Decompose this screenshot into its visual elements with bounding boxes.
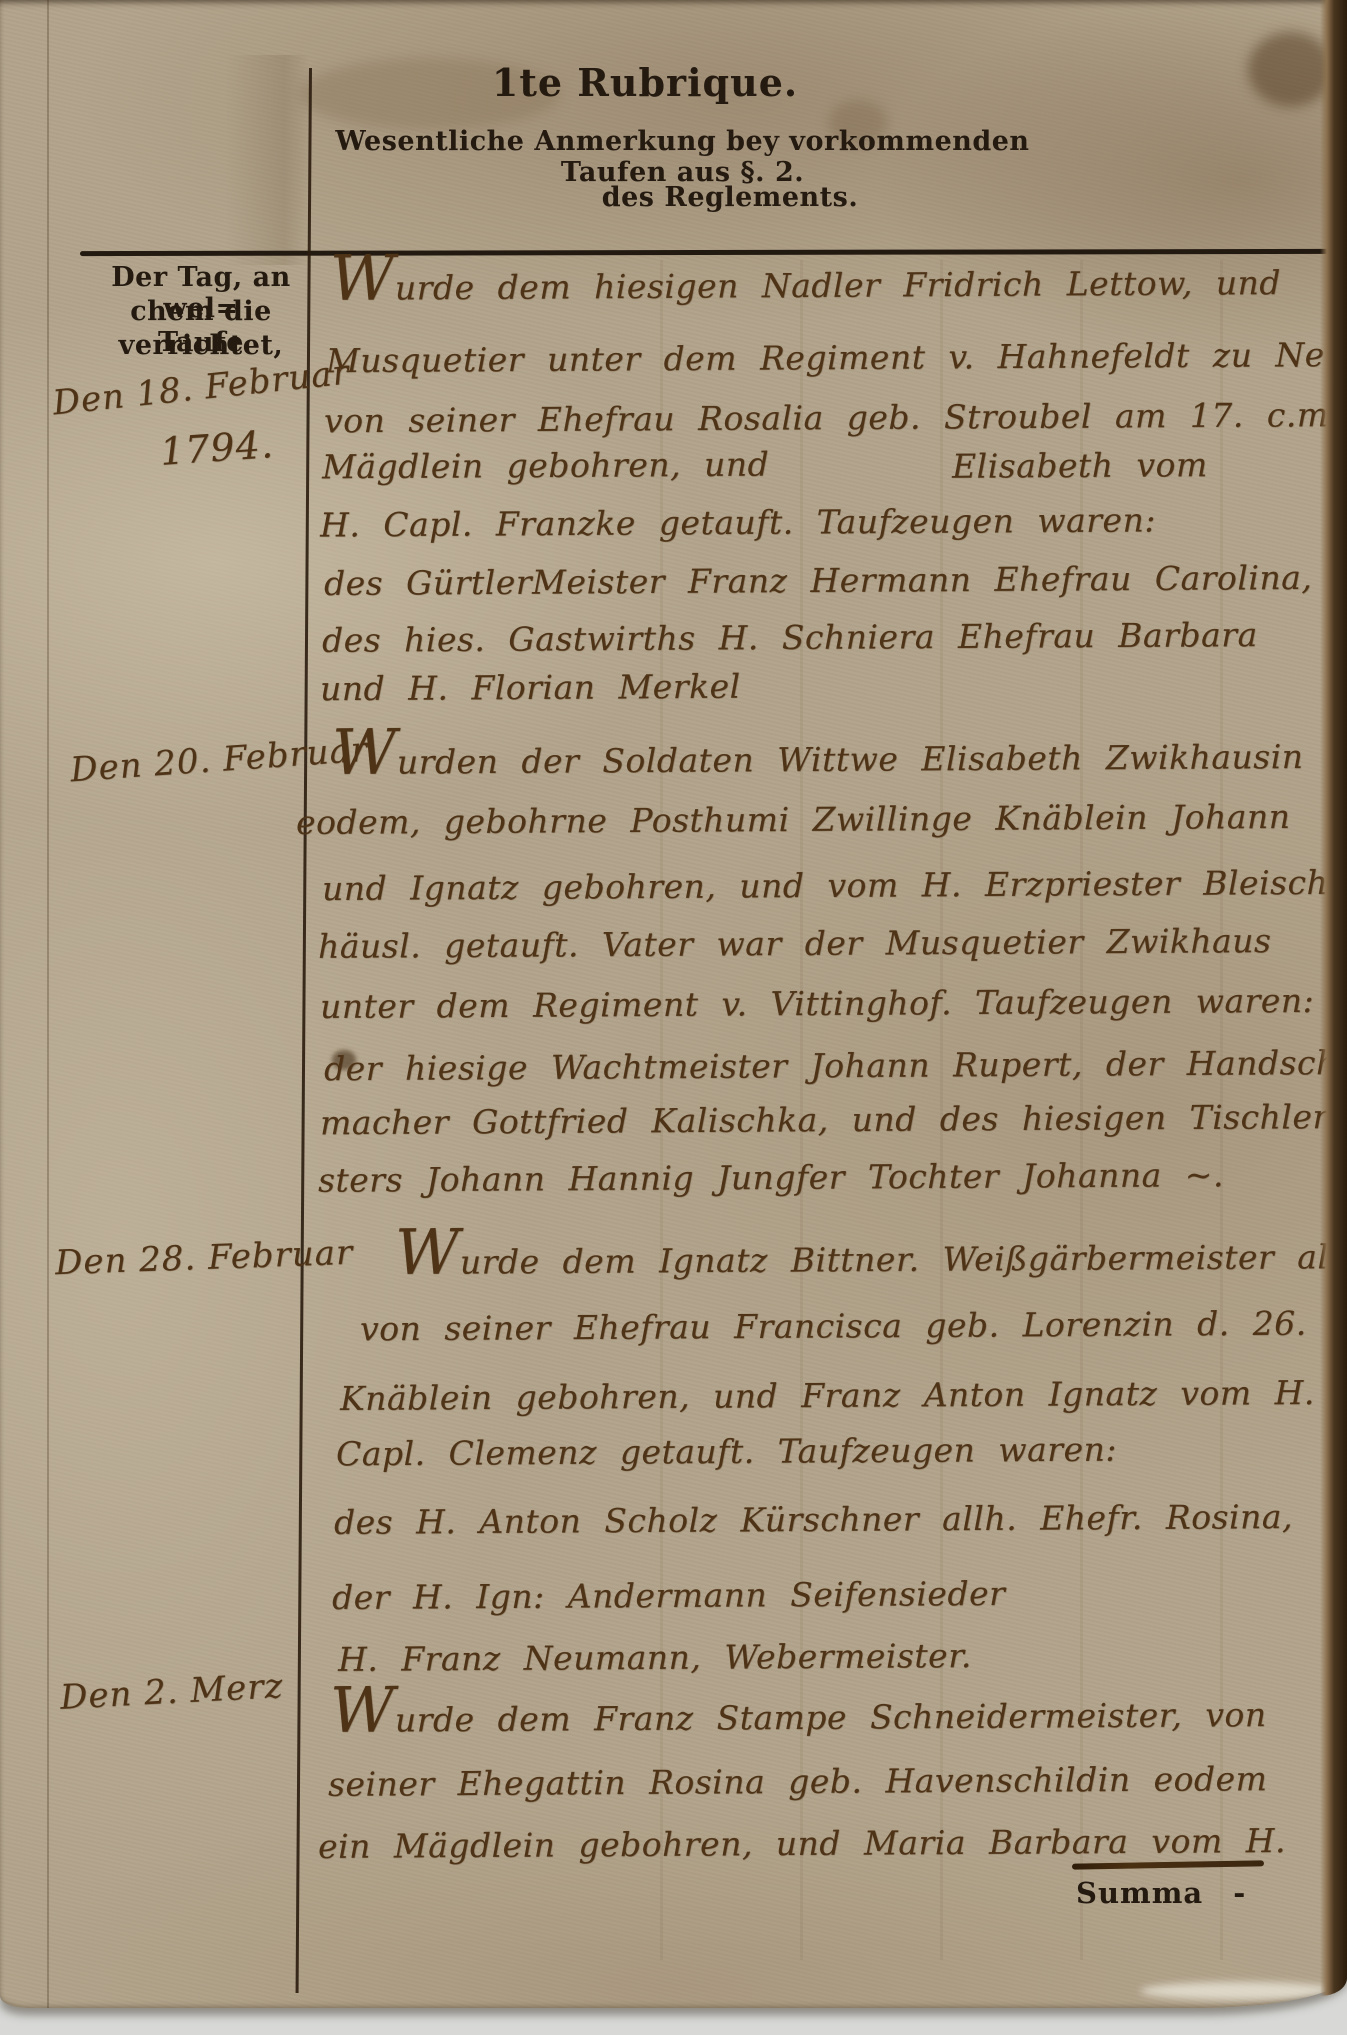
entry-3-line-4: Capl. Clemenz getauft. Taufzeugen waren: bbox=[336, 1430, 1117, 1474]
entry-3-line-2: von seiner Ehefrau Francisca geb. Lorenz… bbox=[360, 1303, 1347, 1349]
summa-word: Summa bbox=[1076, 1876, 1203, 1910]
book-right-edge bbox=[1320, 0, 1347, 1996]
summa-label: Summa- bbox=[1076, 1876, 1246, 1910]
rubric-note-line-2: des Reglements. bbox=[540, 182, 920, 213]
entry-2-line-6: der hiesige Wachtmeister Johann Rupert, … bbox=[324, 1043, 1347, 1089]
entry-3-line-5: des H. Anton Scholz Kürschner allh. Ehef… bbox=[334, 1497, 1293, 1542]
entry-3-line-1: Wurde dem Ignatz Bittner. Weißgärbermeis… bbox=[395, 1237, 1347, 1282]
entry-2-line-5: unter dem Regiment v. Vittinghof. Taufze… bbox=[320, 981, 1314, 1026]
entry-4-date: Den 2. Merz bbox=[59, 1666, 284, 1718]
book-left-edge bbox=[0, 0, 64, 2008]
entry-1-year: 1794. bbox=[159, 422, 276, 474]
header-rule bbox=[80, 249, 1332, 256]
entry-3-line-6: der H. Ign: Andermann Seifensieder bbox=[332, 1574, 1006, 1617]
entry-2-line-2: eodem, gebohrne Posthumi Zwillinge Knäbl… bbox=[296, 797, 1291, 842]
page-curl-highlight bbox=[1140, 1982, 1340, 2000]
entry-1-line-4b: Elisabeth vom bbox=[952, 445, 1208, 486]
entry-1-line-4a: Mägdlein gebohren, und bbox=[322, 445, 769, 487]
entry-3-line-7: H. Franz Neumann, Webermeister. bbox=[338, 1636, 972, 1679]
entry-4-line-3: ein Mägdlein gebohren, und Maria Barbara… bbox=[318, 1821, 1286, 1866]
entry-1-line-7: des hies. Gastwirths H. Schniera Ehefrau… bbox=[322, 615, 1258, 660]
page-crease bbox=[47, 0, 49, 2008]
entry-1-line-1: Wurde dem hiesigen Nadler Fridrich Letto… bbox=[330, 263, 1281, 308]
entry-2-date: Den 20. Februar bbox=[69, 730, 369, 791]
summa-dash: - bbox=[1233, 1876, 1246, 1910]
entry-4-line-2: seiner Ehegattin Rosina geb. Havenschild… bbox=[328, 1759, 1268, 1804]
entry-2-line-7: macher Gottfried Kalischka, und des hies… bbox=[320, 1097, 1347, 1143]
register-page-scan: 1te Rubrique. Wesentliche Anmerkung bey … bbox=[0, 0, 1347, 2035]
entry-4-line-1: Wurde dem Franz Stampe Schneidermeister,… bbox=[330, 1695, 1267, 1740]
entry-2-line-1: Wurden der Soldaten Wittwe Elisabeth Zwi… bbox=[332, 737, 1304, 782]
entry-3-line-3: Knäblein gebohren, und Franz Anton Ignat… bbox=[340, 1373, 1315, 1418]
rubric-title: 1te Rubrique. bbox=[420, 60, 870, 105]
date-column-header-line-3: verrichtet, bbox=[90, 330, 312, 361]
entry-1-line-3: von seiner Ehefrau Rosalia geb. Stroubel… bbox=[324, 395, 1347, 441]
entry-1-line-8: und H. Florian Merkel bbox=[320, 667, 741, 709]
entry-1-line-5: H. Capl. Franzke getauft. Taufzeugen war… bbox=[320, 500, 1156, 544]
page-paper: 1te Rubrique. Wesentliche Anmerkung bey … bbox=[0, 0, 1347, 2008]
summa-rule bbox=[1072, 1860, 1264, 1869]
entry-1-line-6: des GürtlerMeister Franz Hermann Ehefrau… bbox=[324, 558, 1313, 603]
entry-2-line-4: häusl. getauft. Vater war der Musquetier… bbox=[318, 921, 1272, 966]
entry-2-line-3: und Ignatz gebohren, und vom H. Erzpries… bbox=[322, 863, 1328, 908]
entry-3-date: Den 28. Februar bbox=[54, 1233, 353, 1283]
entry-1-line-2: Musquetier unter dem Regiment v. Hahnefe… bbox=[326, 335, 1347, 381]
rubric-note-line-1: Wesentliche Anmerkung bey vorkommenden T… bbox=[295, 126, 1070, 188]
entry-2-line-8: sters Johann Hannig Jungfer Tochter Joha… bbox=[318, 1155, 1224, 1200]
